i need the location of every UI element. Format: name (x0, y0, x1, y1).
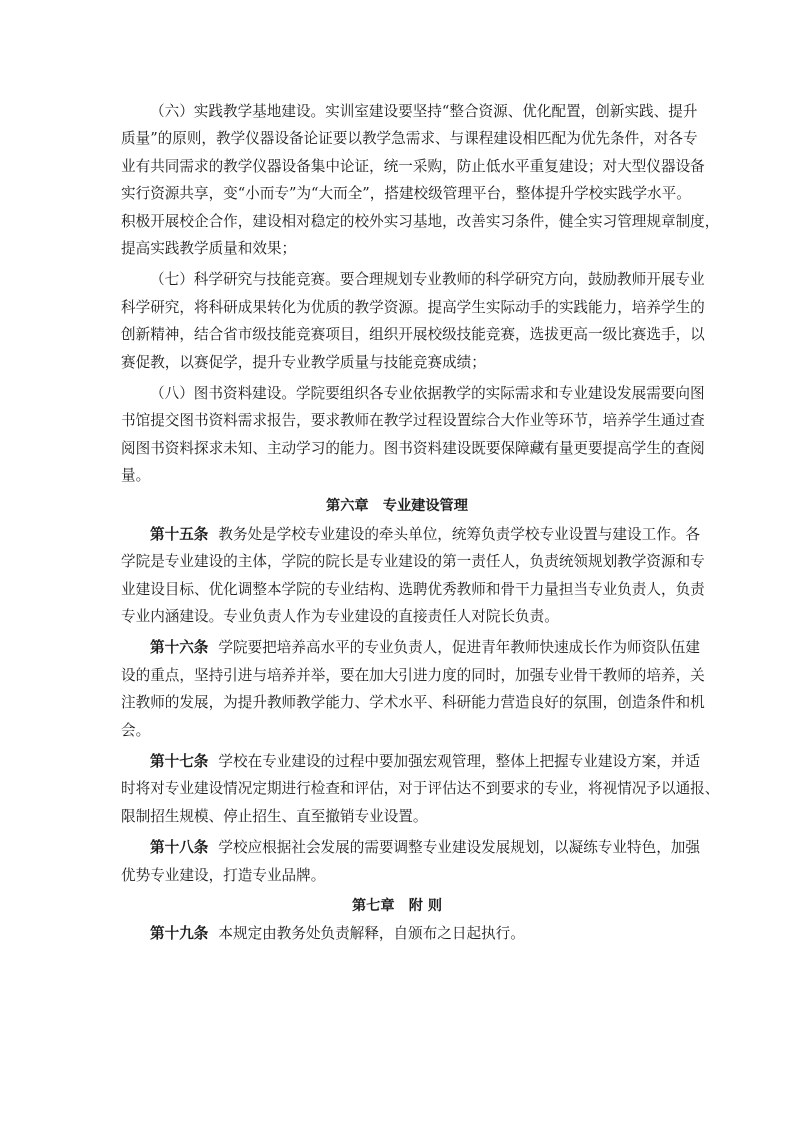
text-line: 书馆提交图书资料需求报告，要求教师在教学过程设置综合大作业等环节，培养学生通过查 (121, 407, 673, 434)
text-line: 学校在专业建设的过程中要加强宏观管理，整体上把握专业建设方案，并适 (218, 753, 700, 770)
article-18: 第十八条学校应根据社会发展的需要调整专业建设发展规划，以凝练专业特色，加强 优势… (121, 834, 673, 889)
text-line: 时将对专业建设情况定期进行检查和评估，对于评估达不到要求的专业，将视情况予以通报… (121, 775, 673, 802)
text-line: 业有共同需求的教学仪器设备集中论证，统一采购，防止低水平重复建设；对大型仪器设备 (121, 153, 673, 180)
text-line: 设的重点，坚持引进与培养并举，要在加大引进力度的同时，加强专业骨干教师的培养，关 (121, 662, 673, 689)
text-line: 教务处是学校专业建设的牵头单位，统筹负责学校专业设置与建设工作。各 (218, 526, 700, 543)
text-line: 学院要把培养高水平的专业负责人，促进青年教师快速成长作为师资队伍建 (218, 639, 700, 656)
article-19: 第十九条本规定由教务处负责解释，自颁布之日起执行。 (121, 920, 673, 947)
text-line: 学校应根据社会发展的需要调整专业建设发展规划，以凝练专业特色，加强 (218, 839, 700, 856)
article-label: 第十八条 (150, 839, 208, 856)
article-label: 第十七条 (150, 753, 208, 770)
article-label: 第十六条 (150, 639, 208, 656)
text-line: 业建设目标、优化调整本学院的专业结构、选聘优秀教师和骨干力量担当专业负责人，负责 (121, 576, 673, 603)
text-line: 限制招生规模、停止招生、直至撤销专业设置。 (121, 803, 673, 830)
paragraph-research-competition: （七）科学研究与技能竞赛。要合理规划专业教师的科学研究方向，鼓励教师开展专业 科… (121, 266, 673, 376)
text-line: 创新精神，结合省市级技能竞赛项目，组织开展校级技能竞赛，选拔更高一级比赛选手，以 (121, 321, 673, 348)
chapter-6-heading: 第六章 专业建设管理 (121, 493, 673, 520)
text-line: 会。 (121, 717, 673, 744)
text-line: 量。 (121, 462, 673, 489)
text-line: 注教师的发展，为提升教师教学能力、学术水平、科研能力营造良好的氛围，创造条件和机 (121, 689, 673, 716)
text-line: 赛促教，以赛促学，提升专业教学质量与技能竞赛成绩； (121, 349, 673, 376)
text-line: （六）实践教学基地建设。实训室建设要坚持“整合资源、优化配置，创新实践、提升 (121, 98, 673, 125)
text-line: 积极开展校企合作，建设相对稳定的校外实习基地，改善实习条件，健全实习管理规章制度… (121, 208, 673, 235)
text-line: 本规定由教务处负责解释，自颁布之日起执行。 (218, 925, 524, 942)
text-line: 学院是专业建设的主体，学院的院长是专业建设的第一责任人，负责统领规划教学资源和专 (121, 548, 673, 575)
text-line: 优势专业建设，打造专业品牌。 (121, 862, 673, 889)
text-line: （七）科学研究与技能竞赛。要合理规划专业教师的科学研究方向，鼓励教师开展专业 (121, 266, 673, 293)
text-line: （八）图书资料建设。学院要组织各专业依据教学的实际需求和专业建设发展需要向图 (121, 380, 673, 407)
document-page: （六）实践教学基地建设。实训室建设要坚持“整合资源、优化配置，创新实践、提升 质… (121, 98, 673, 952)
article-17: 第十七条学校在专业建设的过程中要加强宏观管理，整体上把握专业建设方案，并适 时将… (121, 748, 673, 830)
chapter-7-heading: 第七章 附 则 (121, 893, 673, 920)
article-15: 第十五条教务处是学校专业建设的牵头单位，统筹负责学校专业设置与建设工作。各 学院… (121, 521, 673, 631)
article-label: 第十九条 (150, 925, 208, 942)
article-label: 第十五条 (150, 526, 208, 543)
text-line: 实行资源共享，变“小而专”为“大而全”，搭建校级管理平台，整体提升学校实践学水平… (121, 180, 673, 207)
paragraph-practice-base: （六）实践教学基地建设。实训室建设要坚持“整合资源、优化配置，创新实践、提升 质… (121, 98, 673, 262)
paragraph-library-resources: （八）图书资料建设。学院要组织各专业依据教学的实际需求和专业建设发展需要向图 书… (121, 380, 673, 490)
text-line: 专业内涵建设。专业负责人作为专业建设的直接责任人对院长负责。 (121, 603, 673, 630)
text-line: 提高实践教学质量和效果； (121, 235, 673, 262)
text-line: 科学研究，将科研成果转化为优质的教学资源。提高学生实际动手的实践能力，培养学生的 (121, 294, 673, 321)
text-line: 阅图书资料探求未知、主动学习的能力。图书资料建设既要保障藏有量更要提高学生的查阅 (121, 435, 673, 462)
text-line: 质量”的原则，教学仪器设备论证要以教学急需求、与课程建设相匹配为优先条件，对各专 (121, 125, 673, 152)
article-16: 第十六条学院要把培养高水平的专业负责人，促进青年教师快速成长作为师资队伍建 设的… (121, 634, 673, 744)
